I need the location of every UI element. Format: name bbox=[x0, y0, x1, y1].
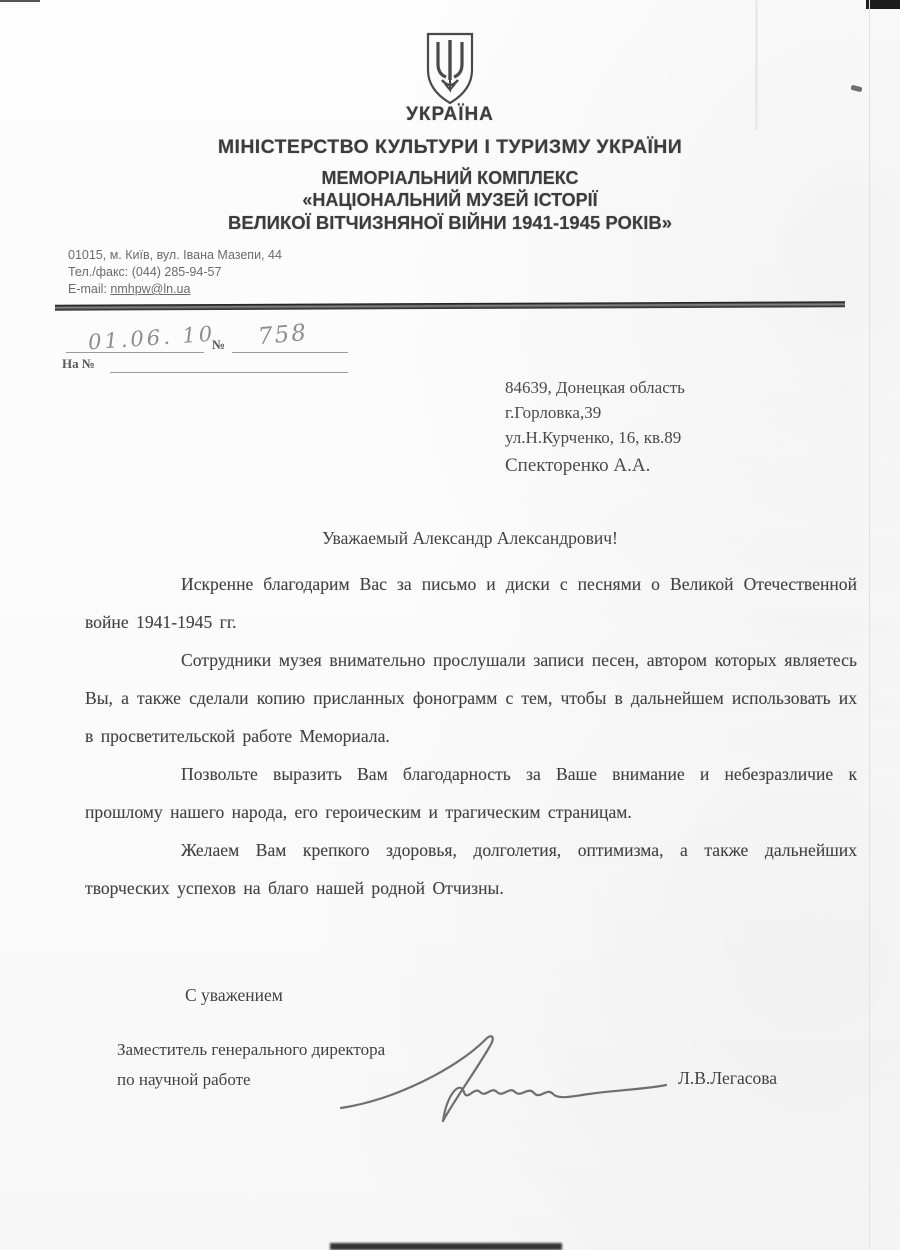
contact-phone: Тел./факс: (044) 285-94-57 bbox=[68, 264, 282, 281]
scan-artifact-crease bbox=[755, 0, 758, 130]
number-underline bbox=[232, 352, 348, 353]
ukraine-trident-emblem-icon bbox=[424, 32, 476, 111]
recipient-postal-line: 84639, Донецкая область bbox=[505, 375, 685, 400]
recipient-address-block: 84639, Донецкая область г.Горловка,39 ул… bbox=[505, 375, 685, 450]
letterhead-org-line1: МЕМОРІАЛЬНИЙ КОМПЛЕКС bbox=[0, 168, 900, 189]
reply-to-label: На № bbox=[62, 356, 95, 372]
reply-underline bbox=[110, 372, 348, 373]
contact-address: 01015, м. Київ, вул. Івана Мазепи, 44 bbox=[68, 247, 282, 264]
scan-artifact-right-edge bbox=[869, 0, 870, 1250]
recipient-city-line: г.Горловка,39 bbox=[505, 400, 685, 425]
letterhead-ministry: МІНІСТЕРСТВО КУЛЬТУРИ І ТУРИЗМУ УКРАЇНИ bbox=[0, 136, 900, 159]
date-underline bbox=[66, 352, 204, 353]
paragraph-4: Желаем Вам крепкого здоровья, долголетия… bbox=[85, 831, 857, 907]
recipient-street-line: ул.Н.Курченко, 16, кв.89 bbox=[505, 425, 685, 450]
letter-body: Искренне благодарим Вас за письмо и диск… bbox=[85, 565, 857, 907]
salutation: Уважаемый Александр Александрович! bbox=[85, 528, 855, 549]
handwritten-outgoing-number: 758 bbox=[257, 320, 309, 350]
contact-email-line: E-mail: nmhpw@ln.ua bbox=[68, 281, 282, 298]
handwritten-signature-icon bbox=[335, 1028, 670, 1133]
letterhead-country: УКРАЇНА bbox=[0, 104, 900, 126]
scan-artifact-bottom-bar bbox=[330, 1243, 562, 1250]
scan-artifact-top-right bbox=[866, 0, 900, 9]
closing-regards: С уважением bbox=[185, 985, 283, 1006]
paragraph-3: Позвольте выразить Вам благодарность за … bbox=[85, 755, 857, 831]
contact-email-label: E-mail: bbox=[68, 282, 110, 296]
scan-artifact-top-left bbox=[0, 0, 40, 2]
letterhead-org-line2: «НАЦІОНАЛЬНИЙ МУЗЕЙ ІСТОРІЇ bbox=[0, 190, 900, 211]
contact-block: 01015, м. Київ, вул. Івана Мазепи, 44 Те… bbox=[68, 247, 282, 298]
contact-email-address: nmhpw@ln.ua bbox=[110, 282, 190, 296]
letterhead-org-line3: ВЕЛИКОЇ ВІТЧИЗНЯНОЇ ВІЙНИ 1941-1945 РОКІ… bbox=[0, 212, 900, 234]
number-sign: № bbox=[212, 337, 225, 353]
paragraph-2: Сотрудники музея внимательно прослушали … bbox=[85, 641, 857, 755]
recipient-name: Спекторенко А.А. bbox=[505, 455, 650, 477]
signer-name: Л.В.Легасова bbox=[678, 1068, 777, 1089]
paragraph-1: Искренне благодарим Вас за письмо и диск… bbox=[85, 565, 857, 641]
